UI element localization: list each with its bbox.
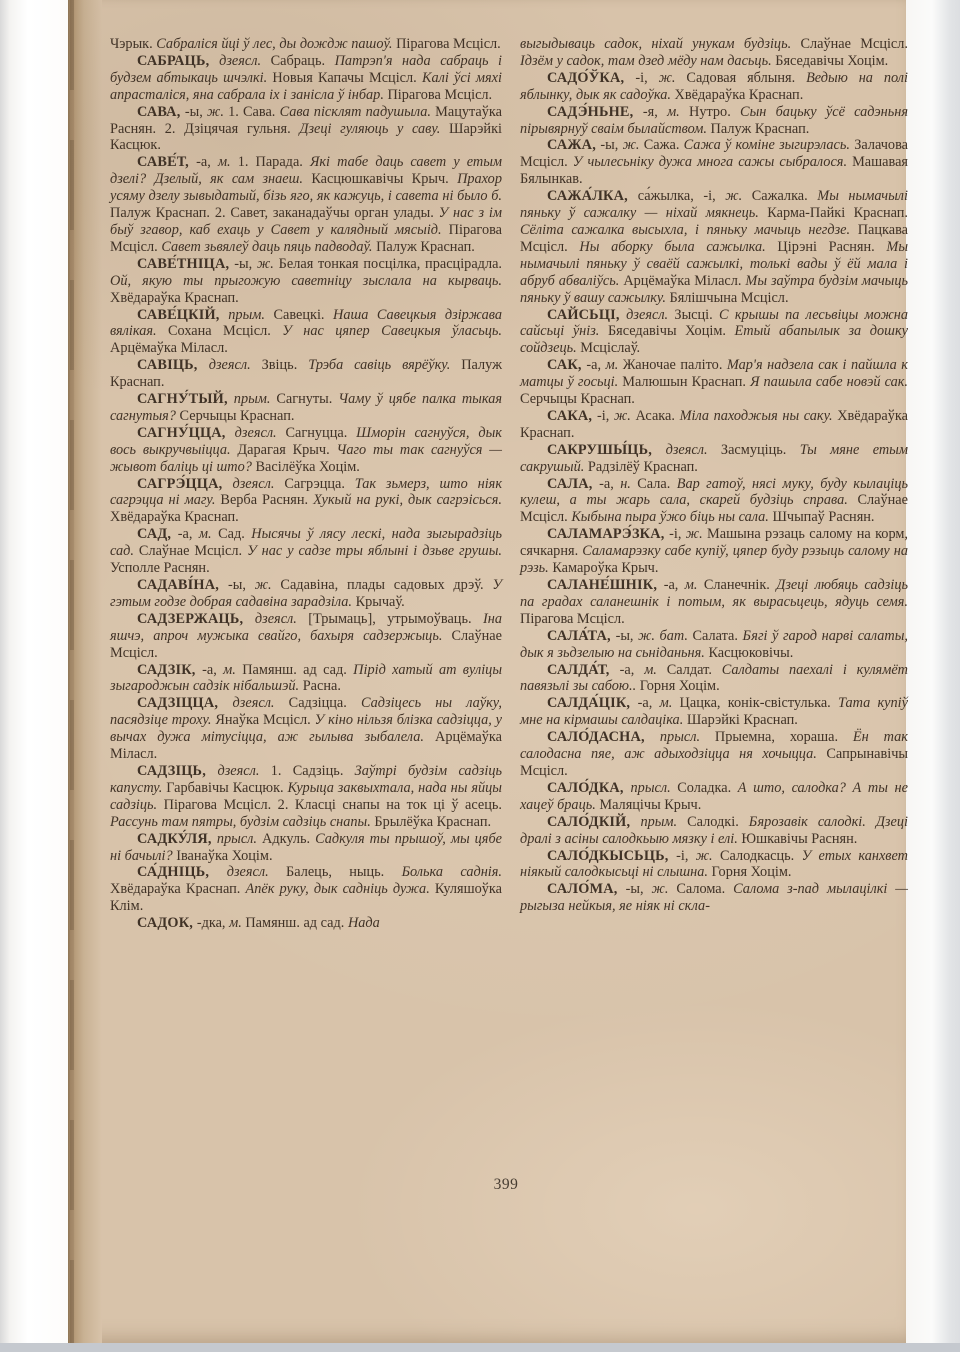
scanned-book-page: Чэрык. Сабраліся йці ў лес, ды дождж паш… <box>0 0 960 1352</box>
dictionary-entry: САДЗІЦЬ, дзеясл. 1. Садзіць. Заўтрі будз… <box>110 763 502 831</box>
headword: САДКУ́ЛЯ, <box>137 831 217 847</box>
definition-text: Соладка. <box>677 780 738 796</box>
example-text: Кыбына пыра ўжо біць ны сала. <box>571 509 772 525</box>
headword: САБРАЦЬ, <box>137 53 219 69</box>
example-text: Трэба савіць вярёўку. <box>308 357 461 373</box>
example-text: дзеясл. <box>219 53 271 69</box>
headword: САЛО́МА, <box>547 881 626 897</box>
dictionary-entry: САЛАМАРЭ́ЗКА, -і, ж. Машына рэзаць салом… <box>520 526 908 577</box>
example-text: прысл. <box>631 780 678 796</box>
dictionary-entry: САЛДА́Т, -а, м. Салдат. Салдаты паехалі … <box>520 662 908 696</box>
definition-text: -і, <box>597 408 614 424</box>
example-text: ж. <box>207 104 228 120</box>
headword: САДЗІК, <box>137 662 202 678</box>
example-text: прысл. <box>660 729 715 745</box>
definition-text: Садавіна, плады садовых дрэў. <box>280 577 492 593</box>
definition-text: Нутро. <box>689 104 740 120</box>
definition-text: Радзілёў Краснап. <box>588 459 698 475</box>
headword: САЛО́ДКА, <box>547 780 631 796</box>
definition-text: Дарагая Крыч. <box>237 442 336 458</box>
dictionary-entry: САЖА, -ы, ж. Сажа. Сажа ў коміне зыгирэл… <box>520 137 908 188</box>
example-text: м. <box>223 662 242 678</box>
headword: САЖА, <box>547 137 600 153</box>
right-text-column: выгыдываць садок, ніхай унукам будзіць. … <box>520 36 908 915</box>
definition-text: Салодкі. <box>687 814 749 830</box>
definition-text: Салата. <box>693 628 743 644</box>
definition-text: Малюшын Краснап. <box>622 374 750 390</box>
dictionary-entry: САКРУШЫ́ЦЬ, дзеясл. Засмуціць. Ты мяне е… <box>520 442 908 476</box>
definition-text: Касцюковічы. <box>708 645 793 661</box>
definition-text: -ы, <box>185 104 207 120</box>
headword: САЛО́ДКІЙ, <box>547 814 640 830</box>
definition-text: Пірагова Мсцісл. <box>520 611 625 627</box>
definition-text: Слаўнае Мсцісл. <box>800 36 908 52</box>
definition-text: Сала. <box>637 476 676 492</box>
scan-left-margin <box>0 0 70 1352</box>
example-text: прысл. <box>217 831 262 847</box>
definition-text: Іванаўка Хоцім. <box>176 848 272 864</box>
page-number: 399 <box>476 1176 536 1194</box>
definition-text: Серчыцы Краснап. <box>180 408 295 424</box>
definition-text: Серчыцы Краснап. <box>520 391 635 407</box>
dictionary-entry: САЖА́ЛКА, са́жылка, -і, ж. Сажалка. Мы н… <box>520 188 908 306</box>
example-text: Сёліта сажалка высыхла, і пяньку мачыць … <box>520 222 858 238</box>
headword: САВЕ́ЦКІЙ, <box>137 307 228 323</box>
example-text: дзеясл. <box>255 611 308 627</box>
dictionary-entry: САДО́ЎКА, -і, ж. Садовая яблыня. Ведыю н… <box>520 70 908 104</box>
headword: САЖА́ЛКА, <box>547 188 638 204</box>
definition-text: Брылёўка Краснап. <box>374 814 491 830</box>
example-text: ж. <box>659 70 687 86</box>
example-text: ж. <box>696 848 720 864</box>
definition-text: Бялішчына Мсцісл. <box>670 290 789 306</box>
definition-text: Балець, ныць. <box>286 864 402 880</box>
definition-text: Звіць. <box>262 357 309 373</box>
definition-text: Васілёўка Хоцім. <box>256 459 360 475</box>
definition-text: Гарбавічы Касцюк. <box>166 780 287 796</box>
definition-text: Хвёдараўка Краснап. <box>110 509 239 525</box>
definition-text: Засмуціць. <box>721 442 800 458</box>
example-text: ж. <box>614 408 636 424</box>
example-text: У нас у садзе тры яблыні і дзьве грушы. <box>247 543 502 559</box>
example-text: Савет зьвялеў даць пяць падводаў. <box>161 239 376 255</box>
definition-text: Бяседавічы Хоцім. <box>775 53 888 69</box>
definition-text: Пірагова Мсцісл. <box>387 87 492 103</box>
dictionary-entry: САВА, -ы, ж. 1. Сава. Сава пісклят падуш… <box>110 104 502 155</box>
example-text: дзеясл. <box>209 357 262 373</box>
definition-text: -а, <box>638 695 660 711</box>
dictionary-entry: САВЕ́ЦКІЙ, прым. Савецкі. Наша Савецкыя … <box>110 307 502 358</box>
dictionary-entry: САЛА́ТА, -ы, ж. бат. Салата. Бягі ў гаро… <box>520 628 908 662</box>
headword: САКРУШЫ́ЦЬ, <box>547 442 666 458</box>
example-text: У нас цяпер Савецкыя ўласьць. <box>282 323 502 339</box>
definition-text: Цацка, конік-свістулька. <box>680 695 838 711</box>
dictionary-entry: САЛО́ДКА, прысл. Соладка. А што, салодка… <box>520 780 908 814</box>
example-text: дзеясл. <box>232 476 284 492</box>
dictionary-entry: СА́ДНІЦЬ, дзеясл. Балець, ныць. Болька с… <box>110 864 502 915</box>
example-text: дзеясл. <box>666 442 721 458</box>
definition-text: Сажа. <box>644 137 684 153</box>
example-text: Хукый на рукі, дык сагрэісься. <box>313 492 502 508</box>
dictionary-entry: САДЭ́НЬНЕ, -я, м. Нутро. Сын бацьку ўсё … <box>520 104 908 138</box>
definition-text: -дка, <box>197 915 229 931</box>
definition-text: -а, <box>664 577 685 593</box>
entry-continuation: выгыдываць садок, ніхай унукам будзіць. … <box>520 36 908 70</box>
definition-text: Салдат. <box>667 662 722 678</box>
definition-text: Камароўка Крыч. <box>552 560 658 576</box>
example-text: дзеясл. <box>217 763 270 779</box>
definition-text: -ы, <box>616 628 639 644</box>
definition-text: Сланечнік. <box>704 577 776 593</box>
definition-text: Садовая яблыня. <box>686 70 806 86</box>
dictionary-entry: САБРАЦЬ, дзеясл. Сабраць. Патрэп'я нада … <box>110 53 502 104</box>
definition-text: Карма-Пайкі Краснап. <box>767 205 908 221</box>
definition-text: -а, <box>586 357 605 373</box>
definition-text: Прыемна, хораша. <box>715 729 853 745</box>
dictionary-entry: САДЗІЦЦА, дзеясл. Садзіцца. Садзіцесь ны… <box>110 695 502 763</box>
example-text: м. <box>667 104 689 120</box>
definition-text: -ы, <box>600 137 622 153</box>
definition-text: Янаўка Мсцісл. <box>215 712 314 728</box>
dictionary-entry: САКА, -і, ж. Асака. Міла паходжыя ны сак… <box>520 408 908 442</box>
definition-text: Сагнуцца. <box>286 425 357 441</box>
definition-text: Касцюшкавічы Крыч. <box>311 171 457 187</box>
definition-text: Хвёдараўка Краснап. <box>110 881 245 897</box>
definition-text: Зысці. <box>674 307 719 323</box>
definition-text: Усполле Раснян. <box>110 560 210 576</box>
entry-continuation: Чэрык. Сабраліся йці ў лес, ды дождж паш… <box>110 36 502 53</box>
definition-text: 1. Садзіць. <box>271 763 355 779</box>
dictionary-entry: САЛА, -а, н. Сала. Вар гатоў, нясі муку,… <box>520 476 908 527</box>
example-text: Рассунь там пятры, будзім садзіць снапы. <box>110 814 374 830</box>
definition-text: -і, <box>669 526 686 542</box>
definition-text: -а, <box>599 476 620 492</box>
definition-text: -і, <box>635 70 658 86</box>
example-text: м. <box>606 357 623 373</box>
headword: САВА, <box>137 104 185 120</box>
example-text: ж. <box>686 526 707 542</box>
definition-text: Цірэні Раснян. <box>777 239 886 255</box>
headword: САВЕ́ТНІЦА, <box>137 256 234 272</box>
example-text: ж. <box>623 137 644 153</box>
example-text: ж. бат. <box>638 628 692 644</box>
definition-text: Бяседавічы Хоцім. <box>608 323 735 339</box>
definition-text: -а, <box>620 662 645 678</box>
example-text: ж. <box>725 188 751 204</box>
example-text: У чылесьніку дужа многа сажы сыбралося. <box>573 154 852 170</box>
headword: САЛДА́ЦІК, <box>547 695 638 711</box>
definition-text: са́жылка, -і, <box>638 188 726 204</box>
book-page-paper: Чэрык. Сабраліся йці ў лес, ды дождж паш… <box>68 0 906 1343</box>
dictionary-entry: САДЗІК, -а, м. Памянш. ад сад. Пірід хат… <box>110 662 502 696</box>
definition-text: -а, <box>196 154 218 170</box>
example-text: Сабраліся йці ў лес, ды дождж пашоў. <box>156 36 396 52</box>
example-text: м. <box>218 154 238 170</box>
dictionary-entry: САГНУ́ЦЦА, дзеясл. Сагнуцца. Шморін сагн… <box>110 425 502 476</box>
page-edge-texture <box>70 0 74 1343</box>
dictionary-entry: САЛО́ДАСНА, прысл. Прыемна, хораша. Ён т… <box>520 729 908 780</box>
definition-text: Адкуль. <box>262 831 315 847</box>
headword: САЛДА́Т, <box>547 662 620 678</box>
definition-text: Сагнуты. <box>276 391 338 407</box>
dictionary-entry: САГРЭ́ЦЦА, дзеясл. Сагрэцца. Так зьмерз,… <box>110 476 502 527</box>
definition-text: Памянш. ад сад. <box>245 915 348 931</box>
scan-right-margin <box>906 0 960 1352</box>
definition-text: Палуж Краснап. <box>376 239 475 255</box>
headword: САДЗІЦЦА, <box>137 695 233 711</box>
definition-text: Палуж Краснап. <box>711 121 810 137</box>
definition-text: Мсціслаў. <box>580 340 640 356</box>
definition-text: Савецкі. <box>273 307 333 323</box>
example-text: выгыдываць садок, ніхай унукам будзіць. <box>520 36 800 52</box>
definition-text: Жаночае паліто. <box>623 357 727 373</box>
dictionary-entry: САЛО́МА, -ы, ж. Салома. Салома з-пад мыл… <box>520 881 908 915</box>
definition-text: Крычаў. <box>356 594 405 610</box>
definition-text: Арцёмаўка Міласл. <box>110 340 228 356</box>
definition-text: Палуж Краснап. 2. Савет, заканадаўчы орг… <box>110 205 439 221</box>
definition-text: Хвёдараўка Краснап. <box>110 290 239 306</box>
example-text: дзеясл. <box>626 307 674 323</box>
headword: САК, <box>547 357 586 373</box>
example-text: Я пашыла сабе новэй сак. <box>750 374 908 390</box>
definition-text: [Трымаць], утрымоўваць. <box>308 611 483 627</box>
example-text: ж. <box>255 577 281 593</box>
definition-text: Новыя Капачы Мсцісл. <box>272 70 422 86</box>
example-text: прым. <box>234 391 277 407</box>
definition-text: Сажалка. <box>752 188 818 204</box>
definition-text: Маляцічы Крыч. <box>599 797 701 813</box>
example-text: дзеясл. <box>233 695 289 711</box>
example-text: м. <box>644 662 667 678</box>
definition-text: Пірагова Мсцісл. 2. Класці снапы на ток … <box>164 797 502 813</box>
definition-text: Верба Раснян. <box>220 492 313 508</box>
example-text: Ідзём у садок, там дзед мёду нам дасьць. <box>520 53 775 69</box>
dictionary-entry: САДОК, -дка, м. Памянш. ад сад. Нада <box>110 915 502 932</box>
definition-text: Сад. <box>218 526 251 542</box>
definition-text: -ы, <box>234 256 257 272</box>
dictionary-entry: САВІЦЬ, дзеясл. Звіць. Трэба савіць вярё… <box>110 357 502 391</box>
definition-text: Асака. <box>635 408 679 424</box>
dictionary-entry: САК, -а, м. Жаночае паліто. Мар'я надзел… <box>520 357 908 408</box>
headword: СА́ДНІЦЬ, <box>137 864 227 880</box>
example-text: н. <box>620 476 637 492</box>
headword: САЛА, <box>547 476 599 492</box>
scan-bottom-edge <box>0 1343 960 1352</box>
example-text: Сажа ў коміне зыгирэлась. <box>684 137 855 153</box>
dictionary-entry: САЛДА́ЦІК, -а, м. Цацка, конік-свістульк… <box>520 695 908 729</box>
headword: САЛО́ДАСНА, <box>547 729 660 745</box>
dictionary-entry: САВЕ́ТНІЦА, -ы, ж. Белая тонкая посцілка… <box>110 256 502 307</box>
headword: САЙСЬЦІ, <box>547 307 626 323</box>
example-text: Міла паходжыя ны саку. <box>680 408 838 424</box>
definition-text: Горня Хоцім. <box>712 864 792 880</box>
definition-text: -ы, <box>626 881 652 897</box>
headword: САГРЭ́ЦЦА, <box>137 476 232 492</box>
headword: САДЗЕРЖАЦЬ, <box>137 611 255 627</box>
headword: САДОК, <box>137 915 197 931</box>
headword: САГНУ́ТЫЙ, <box>137 391 234 407</box>
example-text: Дзеці гуляюць у саву. <box>299 121 449 137</box>
definition-text: -а, <box>202 662 223 678</box>
definition-text: Сабраць. <box>271 53 335 69</box>
dictionary-entry: САДКУ́ЛЯ, прысл. Адкуль. Садкуля ты прыш… <box>110 831 502 865</box>
dictionary-entry: САГНУ́ТЫЙ, прым. Сагнуты. Чаму ў цябе па… <box>110 391 502 425</box>
example-text: дзеясл. <box>235 425 286 441</box>
example-text: прым. <box>228 307 273 323</box>
definition-text: Шарэйкі Краснап. <box>687 712 798 728</box>
definition-text: Памянш. ад сад. <box>242 662 353 678</box>
example-text: прым. <box>640 814 687 830</box>
headword: САВЕ́Т, <box>137 154 196 170</box>
example-text: Нада <box>348 915 380 931</box>
dictionary-entry: САЛО́ДКІЙ, прым. Салодкі. Бярозавік сало… <box>520 814 908 848</box>
dictionary-entry: САДАВІ́НА, -ы, ж. Садавіна, плады садовы… <box>110 577 502 611</box>
dictionary-entry: САЙСЬЦІ, дзеясл. Зысці. С крышы па лесьв… <box>520 307 908 358</box>
headword: САДЗІЦЬ, <box>137 763 217 779</box>
headword: САДАВІ́НА, <box>137 577 228 593</box>
dictionary-entry: САЛО́ДКЫСЬЦЬ, -і, ж. Салодкасць. У етых … <box>520 848 908 882</box>
headword: САДЭ́НЬНЕ, <box>547 104 643 120</box>
headword: САЛО́ДКЫСЬЦЬ, <box>547 848 676 864</box>
headword: САКА, <box>547 408 597 424</box>
definition-text: Пірагова Мсцісл. <box>396 36 501 52</box>
definition-text: Белая тонкая посцілка, прасцірадла. <box>279 256 502 272</box>
example-text: Апёк руку, дык садніць дужа. <box>245 881 434 897</box>
dictionary-entry: САВЕ́Т, -а, м. 1. Парада. Які табе даць … <box>110 154 502 255</box>
headword: САЛАМАРЭ́ЗКА, <box>547 526 669 542</box>
example-text: Сава пісклят падушыла. <box>280 104 436 120</box>
definition-text: 1. Парада. <box>238 154 310 170</box>
example-text: ж. <box>652 881 677 897</box>
example-text: Ны аборку была сажылка. <box>579 239 777 255</box>
left-text-column: Чэрык. Сабраліся йці ў лес, ды дождж паш… <box>110 36 502 932</box>
headword: САЛА́ТА, <box>547 628 616 644</box>
definition-text: -а, <box>178 526 199 542</box>
example-text: м. <box>229 915 245 931</box>
definition-text: Расна. <box>303 678 341 694</box>
definition-text: Чэрык. <box>110 36 156 52</box>
example-text: дзеясл. <box>227 864 286 880</box>
definition-text: -і, <box>676 848 696 864</box>
definition-text: Горня Хоцім. <box>640 678 720 694</box>
definition-text: -ы, <box>228 577 255 593</box>
definition-text: Арцёмаўка Міласл. <box>623 273 745 289</box>
example-text: ж. <box>257 256 279 272</box>
definition-text: Юшкавічы Раснян. <box>741 831 857 847</box>
example-text: м. <box>660 695 680 711</box>
example-text: м. <box>199 526 218 542</box>
headword: САВІЦЬ, <box>137 357 209 373</box>
example-text: м. <box>685 577 704 593</box>
definition-text: Хвёдараўка Краснап. <box>675 87 804 103</box>
example-text: Ой, якую ты прыгожую саветніцу зыслала н… <box>110 273 502 289</box>
definition-text: 1. Сава. <box>228 104 279 120</box>
definition-text: Сагрэцца. <box>284 476 354 492</box>
headword: САЛАНЕ́ШНІК, <box>547 577 664 593</box>
headword: САД, <box>137 526 178 542</box>
definition-text: Шчыпаў Раснян. <box>772 509 874 525</box>
headword: САДО́ЎКА, <box>547 70 635 86</box>
definition-text: Сохана Мсцісл. <box>168 323 282 339</box>
dictionary-entry: САЛАНЕ́ШНІК, -а, м. Сланечнік. Дзеці люб… <box>520 577 908 628</box>
dictionary-entry: САДЗЕРЖАЦЬ, дзеясл. [Трымаць], утрымоўва… <box>110 611 502 662</box>
definition-text: Салома. <box>676 881 733 897</box>
definition-text: Салодкасць. <box>720 848 802 864</box>
definition-text: Садзіцца. <box>289 695 361 711</box>
definition-text: -я, <box>643 104 667 120</box>
dictionary-entry: САД, -а, м. Сад. Нысячы ў лясу лескі, на… <box>110 526 502 577</box>
definition-text: Слаўнае Мсцісл. <box>139 543 247 559</box>
headword: САГНУ́ЦЦА, <box>137 425 235 441</box>
example-text: Болька саднія. <box>402 864 502 880</box>
book-spine-shadow <box>68 0 102 1343</box>
